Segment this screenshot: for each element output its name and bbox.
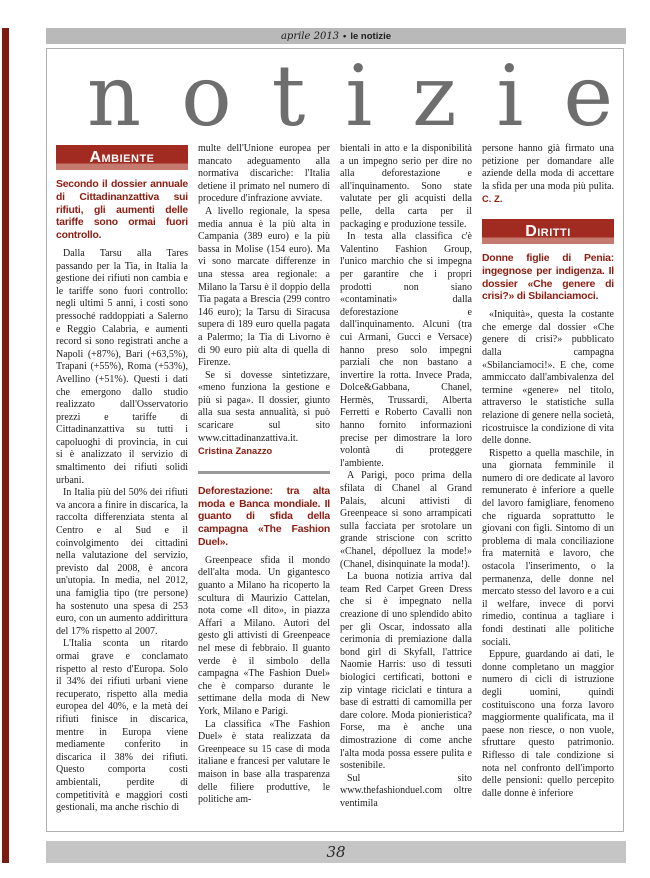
article-paragraph: Greenpeace sfida il mondo dell'alta moda…: [198, 555, 330, 719]
column-4: persone hanno già firmato una petizione …: [482, 143, 614, 827]
article-paragraph: Se si dovesse sintetizzare, «meno funzio…: [198, 370, 330, 459]
issue-date: aprile 2013: [281, 31, 339, 42]
article-lead: Deforestazione: tra alta moda e Banca mo…: [198, 486, 330, 550]
article-paragraph: La classifica «The Fashion Duel» è stata…: [198, 719, 330, 807]
section-badge-ambiente: Ambiente: [56, 145, 188, 170]
article-paragraph: L'Italia sconta un ritardo ormai grave e…: [56, 638, 188, 814]
author-signature: Cristina Zanazzo: [198, 446, 272, 456]
article-lead: Secondo il dossier annuale di Cittadinan…: [56, 179, 188, 243]
masthead-title: notizie: [47, 49, 623, 141]
header-bullet-separator: •: [343, 31, 346, 42]
article-paragraph: In Italia più del 50% dei rifiuti va anc…: [56, 487, 188, 638]
article-paragraph: persone hanno già firmato una petizione …: [482, 143, 614, 207]
issue-header-bar: aprile 2013 • le notizie: [46, 28, 626, 44]
column-3: bientali in atto e la disponibilità a un…: [340, 143, 472, 827]
page-content-frame: notizie AmbienteSecondo il dossier annua…: [46, 48, 624, 832]
column-1: AmbienteSecondo il dossier annuale di Ci…: [56, 143, 188, 827]
article-paragraph: Eppure, guardando ai dati, le donne comp…: [482, 649, 614, 800]
article-paragraph: bientali in atto e la disponibilità a un…: [340, 143, 472, 231]
publication-name: le notizie: [350, 31, 391, 42]
article-columns: AmbienteSecondo il dossier annuale di Ci…: [56, 143, 614, 827]
article-lead: Donne figlie di Penia: ingegnose per ind…: [482, 253, 614, 304]
article-paragraph: Dalla Tarsu alla Tares passando per la T…: [56, 248, 188, 487]
article-paragraph: A livello regionale, la spesa media annu…: [198, 206, 330, 370]
article-paragraph: multe dell'Unione europea per mancato ad…: [198, 143, 330, 206]
section-badge-diritti: Diritti: [482, 219, 614, 244]
author-signature: C. Z.: [482, 194, 502, 204]
page-footer-bar: 38: [46, 841, 626, 863]
page-edge-accent-strip: [2, 28, 9, 863]
article-paragraph: La buona notizia arriva dal team Red Car…: [340, 571, 472, 773]
column-2: multe dell'Unione europea per mancato ad…: [198, 143, 330, 827]
article-paragraph: Sul sito www.thefashionduel.com oltre ve…: [340, 773, 472, 811]
article-paragraph: In testa alla classifica c'è Valentino F…: [340, 231, 472, 470]
page-number: 38: [326, 843, 345, 861]
article-divider: [198, 471, 330, 474]
article-paragraph: A Parigi, poco prima della sfilata di Ch…: [340, 470, 472, 571]
article-paragraph: Rispetto a quella maschile, in una giorn…: [482, 448, 614, 650]
article-paragraph: «Iniquità», questa la costante che emerg…: [482, 309, 614, 448]
